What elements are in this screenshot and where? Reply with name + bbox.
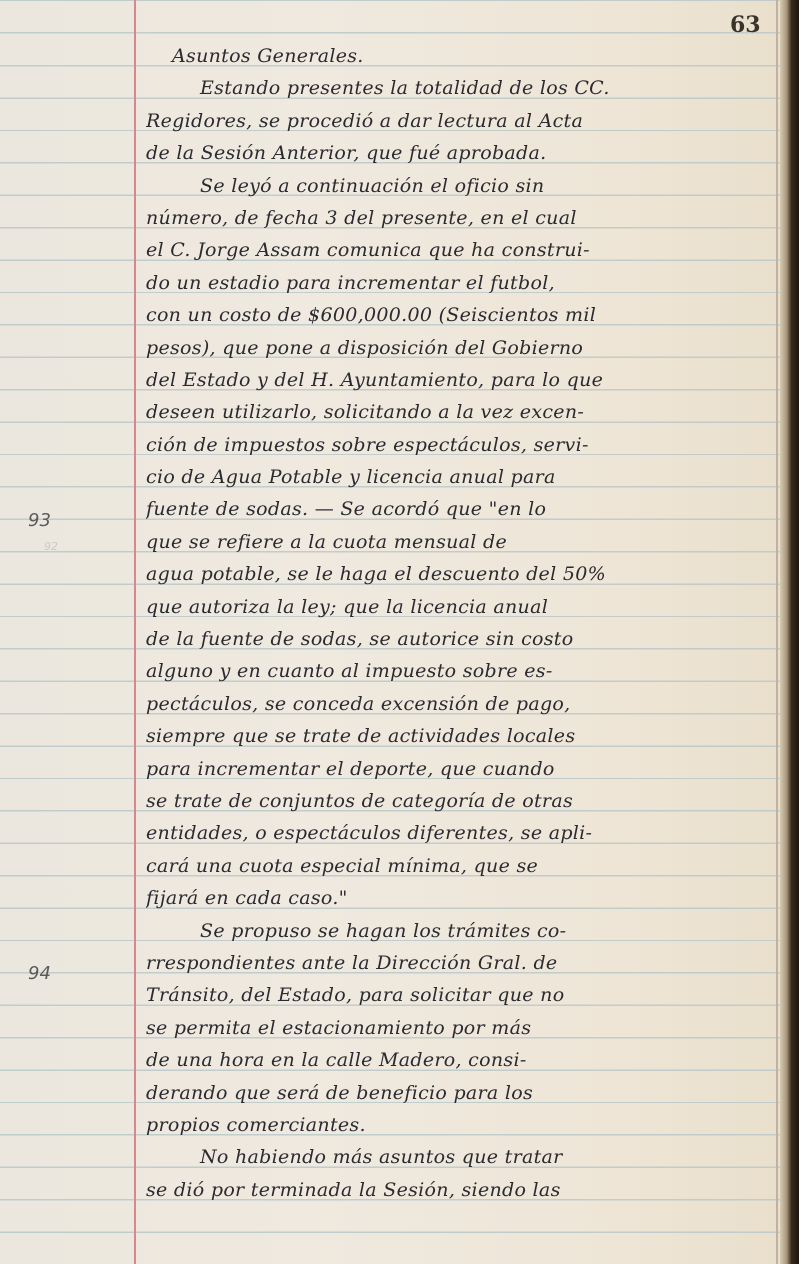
text-line: entidades, o espectáculos diferentes, se…: [146, 817, 771, 849]
text-line: con un costo de $600,000.00 (Seiscientos…: [146, 299, 771, 331]
text-line: cio de Agua Potable y licencia anual par…: [146, 461, 771, 493]
text-line: propios comerciantes.: [146, 1109, 771, 1141]
page-number: 63: [730, 12, 761, 38]
margin-note-faint: 92: [44, 540, 58, 553]
text-line: para incrementar el deporte, que cuando: [146, 753, 771, 785]
text-line: del Estado y del H. Ayuntamiento, para l…: [146, 364, 771, 396]
handwritten-text: Asuntos Generales. Estando presentes la …: [146, 40, 771, 1206]
text-line: cará una cuota especial mínima, que se: [146, 850, 771, 882]
margin-note-93: 93: [28, 510, 51, 531]
text-line: agua potable, se le haga el descuento de…: [146, 558, 771, 590]
text-line: se trate de conjuntos de categoría de ot…: [146, 785, 771, 817]
text-line: el C. Jorge Assam comunica que ha constr…: [146, 234, 771, 266]
text-line: Regidores, se procedió a dar lectura al …: [146, 105, 771, 137]
margin-note-94: 94: [28, 963, 51, 984]
text-line: que se refiere a la cuota mensual de: [146, 526, 771, 558]
text-line: se dió por terminada la Sesión, siendo l…: [146, 1174, 771, 1206]
text-line: alguno y en cuanto al impuesto sobre es-: [146, 655, 771, 687]
text-line: se permita el estacionamiento por más: [146, 1012, 771, 1044]
book-spine: [780, 0, 799, 1264]
ledger-page: 63 93 92 94 Asuntos Generales. Estando p…: [0, 0, 780, 1264]
section-heading: Asuntos Generales.: [146, 40, 771, 72]
text-line: fuente de sodas. — Se acordó que "en lo: [146, 493, 771, 525]
text-line: de una hora en la calle Madero, consi-: [146, 1044, 771, 1076]
text-line: Tránsito, del Estado, para solicitar que…: [146, 979, 771, 1011]
text-line: do un estadio para incrementar el futbol…: [146, 267, 771, 299]
text-line: de la Sesión Anterior, que fué aprobada.: [146, 137, 771, 169]
text-line: derando que será de beneficio para los: [146, 1077, 771, 1109]
page-edge: [776, 0, 778, 1264]
text-line: número, de fecha 3 del presente, en el c…: [146, 202, 771, 234]
text-line: Se propuso se hagan los trámites co-: [146, 915, 771, 947]
text-line: Estando presentes la totalidad de los CC…: [146, 72, 771, 104]
text-line: rrespondientes ante la Dirección Gral. d…: [146, 947, 771, 979]
text-line: deseen utilizarlo, solicitando a la vez …: [146, 396, 771, 428]
text-line: fijará en cada caso.": [146, 882, 771, 914]
text-line: ción de impuestos sobre espectáculos, se…: [146, 429, 771, 461]
text-line: de la fuente de sodas, se autorice sin c…: [146, 623, 771, 655]
text-line: siempre que se trate de actividades loca…: [146, 720, 771, 752]
red-margin-line: [134, 0, 136, 1264]
text-line: pesos), que pone a disposición del Gobie…: [146, 332, 771, 364]
text-line: pectáculos, se conceda excensión de pago…: [146, 688, 771, 720]
text-line: No habiendo más asuntos que tratar: [146, 1141, 771, 1173]
text-line: que autoriza la ley; que la licencia anu…: [146, 591, 771, 623]
text-line: Se leyó a continuación el oficio sin: [146, 170, 771, 202]
